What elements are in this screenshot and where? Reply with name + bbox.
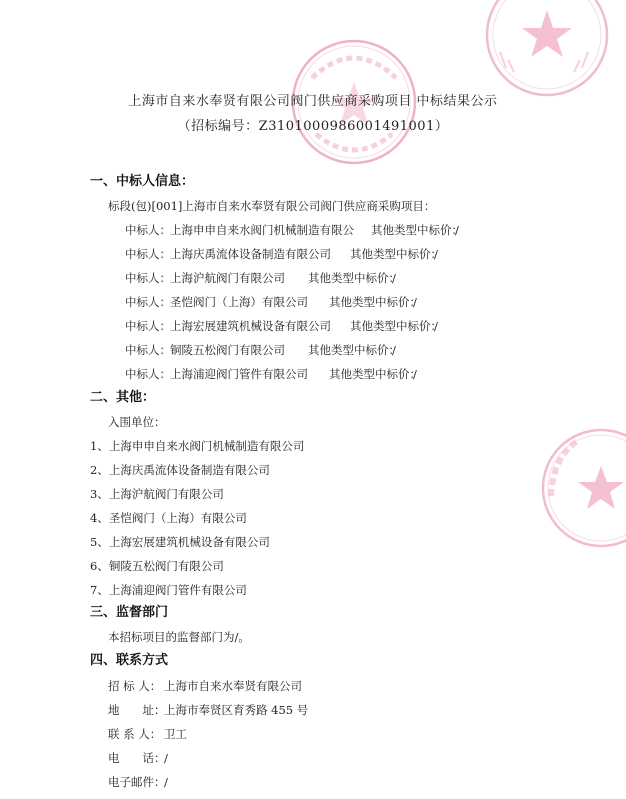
shortlist-item: 6、铜陵五松阀门有限公司 [90, 559, 224, 573]
winner-name: 铜陵五松阀门有限公司 [170, 343, 285, 357]
winner-price-label: 其他类型中标价： [308, 271, 400, 285]
winner-price: / [413, 367, 417, 381]
winner-label: 中标人： [125, 223, 171, 237]
winner-price-label: 其他类型中标价： [329, 295, 421, 309]
winner-name: 上海沪航阀门有限公司 [170, 271, 285, 285]
shortlist-item: 7、上海浦迎阀门管件有限公司 [90, 583, 247, 597]
winner-price-label: 其他类型中标价： [329, 367, 421, 381]
official-seal-stamp-top-right [484, 0, 610, 98]
winner-price: / [434, 247, 438, 261]
contact-label: 联 系 人： [108, 727, 161, 741]
contact-value: / [164, 751, 168, 765]
winner-row: 中标人： 上海宏展建筑机械设备有限公司 其他类型中标价： / [0, 319, 626, 333]
winner-name: 上海浦迎阀门管件有限公司 [170, 367, 308, 381]
section-heading-other: 二、其他： [90, 391, 155, 405]
contact-value: 上海市自来水奉贤有限公司 [164, 679, 302, 693]
winner-label: 中标人： [125, 247, 171, 261]
winner-price: / [455, 223, 459, 237]
contact-row-email: 电子邮件： / [0, 775, 626, 789]
contact-value: / [164, 775, 168, 789]
winner-label: 中标人： [125, 343, 171, 357]
contact-row-tenderer: 招 标 人： 上海市自来水奉贤有限公司 [0, 679, 626, 693]
contact-label: 电 话： [108, 751, 166, 765]
shortlist-label: 入围单位： [108, 415, 166, 429]
document-page: 上海市自来水奉贤有限公司阀门供应商采购项目 中标结果公示 （招标编号：Z3101… [0, 0, 626, 799]
winner-label: 中标人： [125, 271, 171, 285]
winner-price-label: 其他类型中标价： [350, 319, 442, 333]
winner-price-label: 其他类型中标价： [350, 247, 442, 261]
winner-row: 中标人： 圣恺阀门（上海）有限公司 其他类型中标价： / [0, 295, 626, 309]
winner-label: 中标人： [125, 367, 171, 381]
winner-row: 中标人： 铜陵五松阀门有限公司 其他类型中标价： / [0, 343, 626, 357]
shortlist-item: 2、上海庆禹流体设备制造有限公司 [90, 463, 270, 477]
winner-name: 上海申申自来水阀门机械制造有限公 [170, 223, 354, 237]
winner-name: 圣恺阀门（上海）有限公司 [170, 295, 308, 309]
contact-label: 地 址： [108, 703, 166, 717]
document-title: 上海市自来水奉贤有限公司阀门供应商采购项目 中标结果公示 [0, 95, 626, 109]
shortlist-item: 4、圣恺阀门（上海）有限公司 [90, 511, 247, 525]
official-seal-stamp-right [539, 426, 626, 550]
winner-name: 上海宏展建筑机械设备有限公司 [170, 319, 331, 333]
winner-row: 中标人： 上海沪航阀门有限公司 其他类型中标价： / [0, 271, 626, 285]
section-heading-supervision: 三、监督部门 [90, 606, 168, 620]
contact-row-phone: 电 话： / [0, 751, 626, 765]
winner-row: 中标人： 上海浦迎阀门管件有限公司 其他类型中标价： / [0, 367, 626, 381]
contact-value: 卫工 [164, 727, 187, 741]
shortlist-item: 5、上海宏展建筑机械设备有限公司 [90, 535, 270, 549]
tender-number: （招标编号：Z3101000986001491001） [0, 120, 626, 134]
winner-price-label: 其他类型中标价： [371, 223, 463, 237]
winner-label: 中标人： [125, 319, 171, 333]
shortlist-item: 3、上海沪航阀门有限公司 [90, 487, 224, 501]
contact-label: 电子邮件： [108, 775, 166, 789]
winner-name: 上海庆禹流体设备制造有限公司 [170, 247, 331, 261]
contact-row-person: 联 系 人： 卫工 [0, 727, 626, 741]
winner-price: / [434, 319, 438, 333]
winner-row: 中标人： 上海庆禹流体设备制造有限公司 其他类型中标价： / [0, 247, 626, 261]
lot-line: 标段(包)[001]上海市自来水奉贤有限公司阀门供应商采购项目： [108, 199, 435, 213]
winner-price: / [413, 295, 417, 309]
section-heading-winners: 一、中标人信息： [90, 175, 194, 189]
contact-label: 招 标 人： [108, 679, 161, 693]
section-heading-contact: 四、联系方式 [90, 654, 168, 668]
winner-row: 中标人： 上海申申自来水阀门机械制造有限公 其他类型中标价： / [0, 223, 626, 237]
winner-label: 中标人： [125, 295, 171, 309]
winner-price: / [392, 271, 396, 285]
supervision-statement: 本招标项目的监督部门为/。 [108, 630, 250, 644]
shortlist-item: 1、上海申申自来水阀门机械制造有限公司 [90, 439, 304, 453]
contact-value: 上海市奉贤区育秀路 455 号 [164, 703, 308, 717]
winner-price: / [392, 343, 396, 357]
winner-price-label: 其他类型中标价： [308, 343, 400, 357]
contact-row-address: 地 址： 上海市奉贤区育秀路 455 号 [0, 703, 626, 717]
